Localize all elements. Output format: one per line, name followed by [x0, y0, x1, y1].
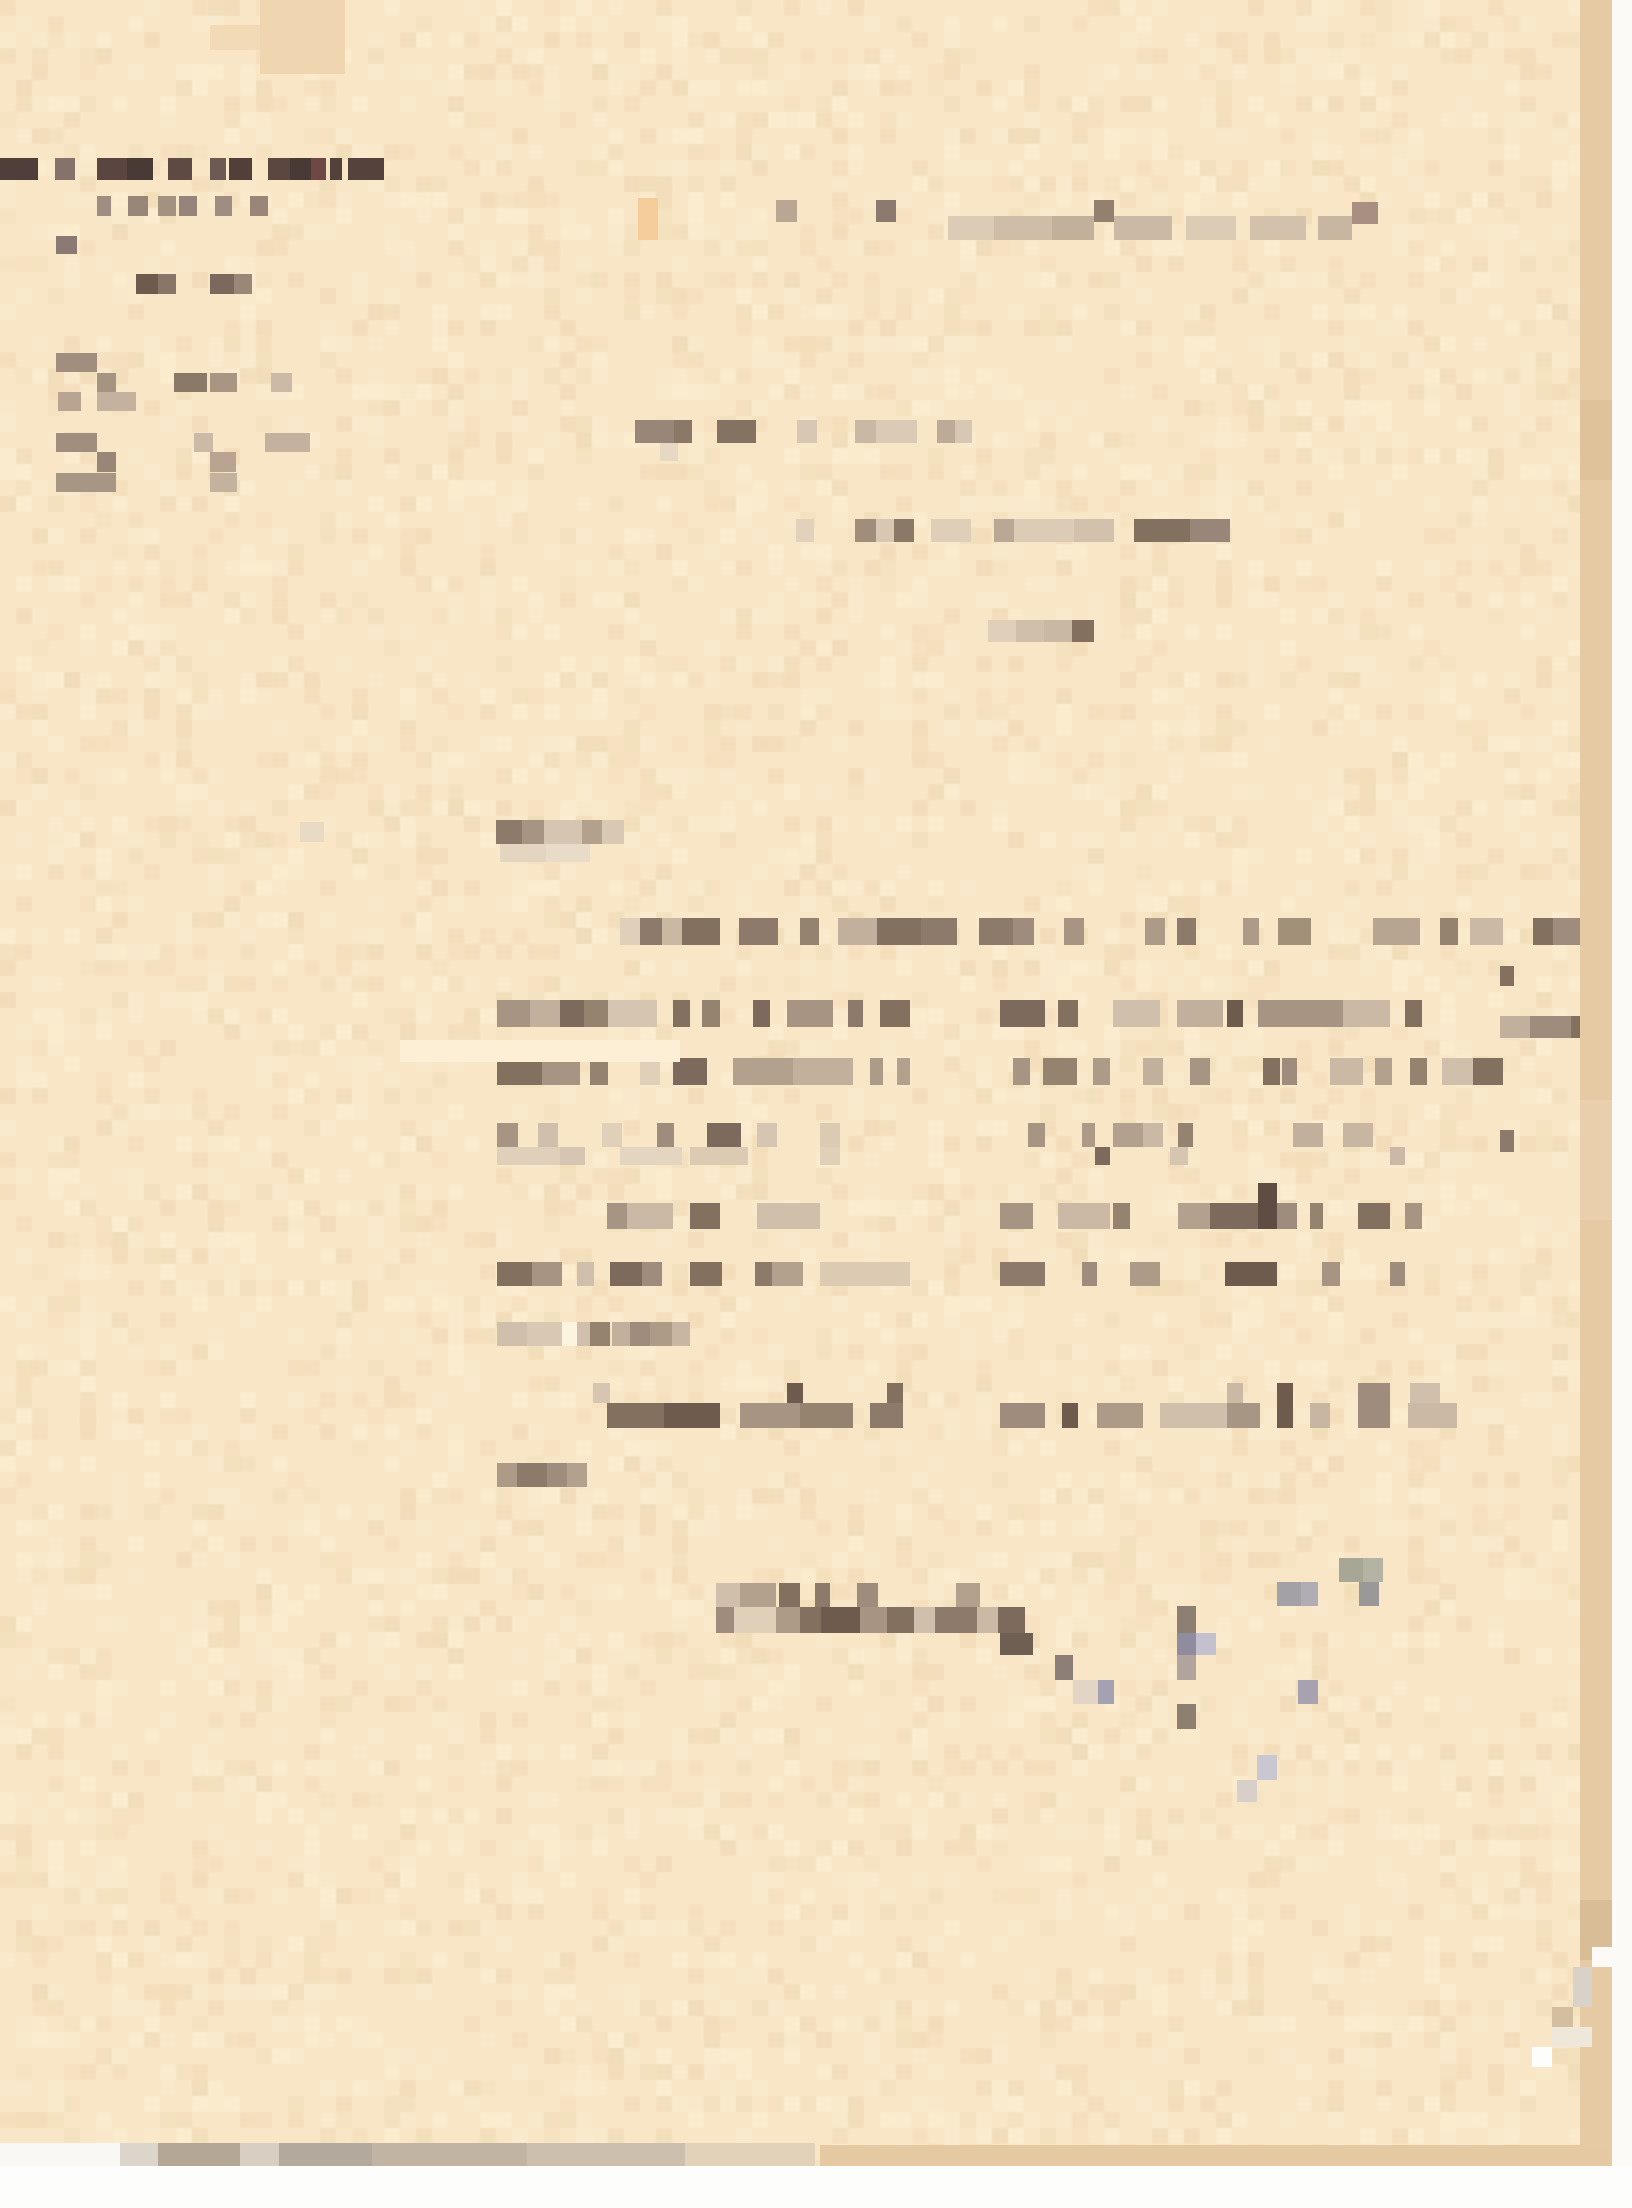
letter-scan-page	[0, 0, 1632, 2208]
paper-texture	[0, 0, 1632, 2208]
